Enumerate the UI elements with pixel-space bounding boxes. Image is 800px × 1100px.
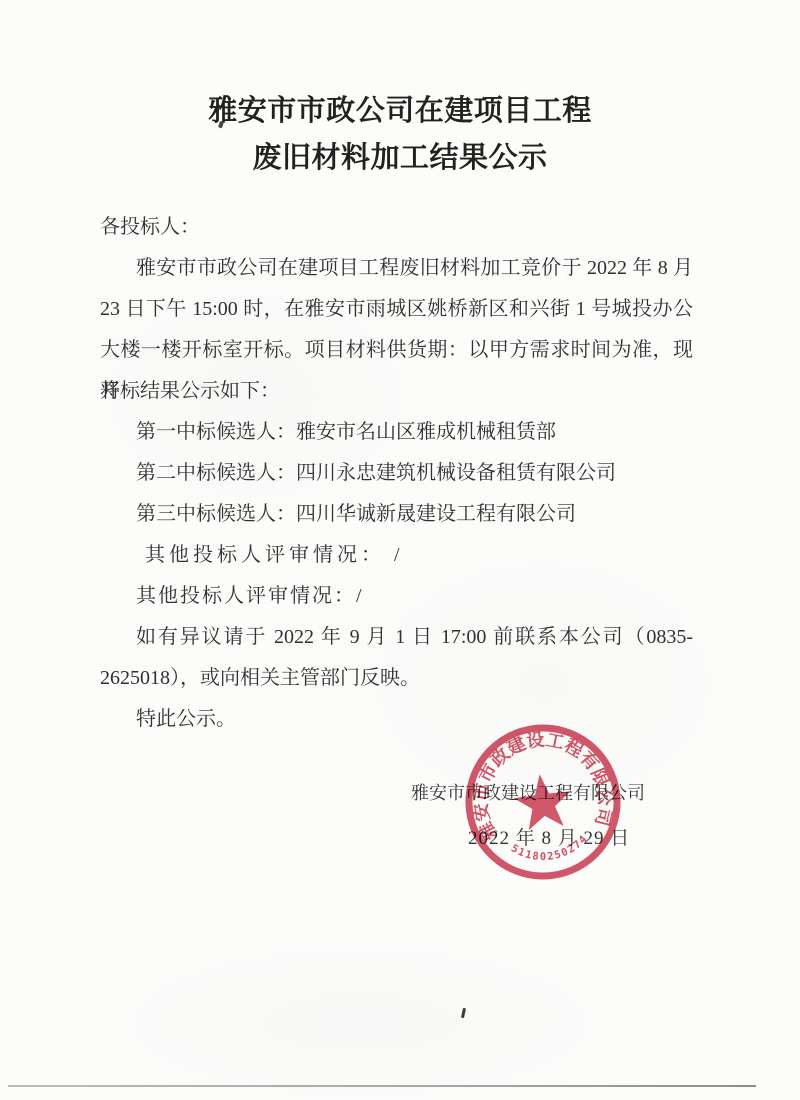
body-line-other-bidders-2: 其他投标人评审情况：/ (100, 576, 693, 617)
seal-star-icon (511, 771, 574, 832)
scan-speck-artifact (461, 1008, 466, 1018)
document-title-line1: 雅安市市政公司在建项目工程 (0, 88, 800, 135)
scan-edge-line (8, 1085, 756, 1087)
body-line-other-bidders-1: 其他投标人评审情况： / (100, 535, 693, 576)
scanned-document-page: 雅安市市政公司在建项目工程 废旧材料加工结果公示 各投标人： 雅安市市政公司在建… (0, 0, 800, 1100)
body-line-candidate-2: 第二中标候选人：四川永忠建筑机械设备租赁有限公司 (100, 453, 693, 494)
body-line-candidate-1: 第一中标候选人：雅安市名山区雅成机械租赁部 (100, 412, 693, 453)
body-line-objection: 如有异议请于 2022 年 9 月 1 日 17:00 前联系本公司（0835- (100, 617, 693, 658)
salutation-line: 各投标人： (100, 207, 693, 248)
body-line: 雅安市市政公司在建项目工程废旧材料加工竞价于 2022 年 8 月 (100, 248, 693, 289)
document-title-line2: 废旧材料加工结果公示 (0, 135, 800, 182)
body-line-phone: 2625018），或向相关主管部门反映。 (100, 658, 693, 699)
body-line: 23 日下午 15:00 时，在雅安市雨城区姚桥新区和兴街 1 号城投办公 (100, 289, 693, 330)
document-title: 雅安市市政公司在建项目工程 废旧材料加工结果公示 (0, 88, 800, 182)
body-line-candidate-3: 第三中标候选人：四川华诚新晟建设工程有限公司 (100, 494, 693, 535)
body-line: 开标结果公示如下： (100, 371, 693, 412)
document-body: 各投标人： 雅安市市政公司在建项目工程废旧材料加工竞价于 2022 年 8 月 … (100, 207, 693, 740)
body-line: 大楼一楼开标室开标。项目材料供货期：以甲方需求时间为准，现将 (100, 330, 693, 371)
company-seal-stamp: 雅安市市政建设工程有限公司 5118025027427 (455, 714, 631, 890)
